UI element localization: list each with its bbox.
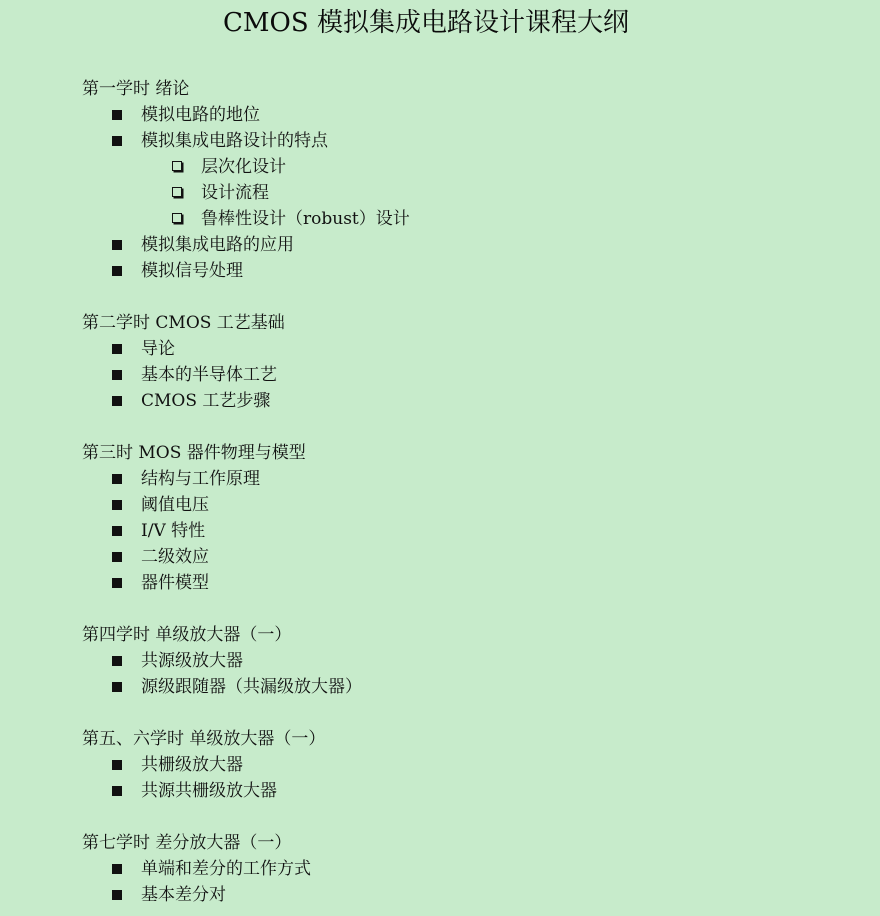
- list-item: 源级跟随器（共漏级放大器）: [82, 674, 862, 700]
- section-heading: 第五、六学时 单级放大器（一）: [82, 726, 862, 752]
- list-item-text: 基本的半导体工艺: [141, 365, 277, 385]
- list-item: 基本差分对: [82, 882, 862, 908]
- list-item-text: 结构与工作原理: [141, 469, 260, 489]
- list-item: 共源级放大器: [82, 648, 862, 674]
- list-item: 单端和差分的工作方式: [82, 856, 862, 882]
- section-heading: 第三时 MOS 器件物理与模型: [82, 440, 862, 466]
- list-item-text: 模拟集成电路设计的特点: [141, 131, 328, 151]
- sub-list-item-text: 层次化设计: [201, 157, 286, 177]
- list-item: 阈值电压: [82, 492, 862, 518]
- list-item-text: 源级跟随器（共漏级放大器）: [141, 677, 362, 697]
- list-item: 共栅级放大器: [82, 752, 862, 778]
- list-item: 基本的半导体工艺: [82, 362, 862, 388]
- section-spacer: [82, 596, 862, 622]
- list-item-text: CMOS 工艺步骤: [141, 391, 270, 411]
- sub-list-item: 设计流程: [82, 180, 862, 206]
- list-item-text: 单端和差分的工作方式: [141, 859, 311, 879]
- list-item-text: I/V 特性: [141, 521, 205, 541]
- sub-list-item: 层次化设计: [82, 154, 862, 180]
- hollow-square-bullet-icon: [172, 161, 182, 171]
- filled-square-bullet-icon: [112, 864, 122, 874]
- filled-square-bullet-icon: [112, 136, 122, 146]
- sub-list-item: 鲁棒性设计（robust）设计: [82, 206, 862, 232]
- list-item-text: 导论: [141, 339, 175, 359]
- section-spacer: [82, 414, 862, 440]
- filled-square-bullet-icon: [112, 266, 122, 276]
- filled-square-bullet-icon: [112, 786, 122, 796]
- list-item: 导论: [82, 336, 862, 362]
- section-heading: 第二学时 CMOS 工艺基础: [82, 310, 862, 336]
- filled-square-bullet-icon: [112, 552, 122, 562]
- filled-square-bullet-icon: [112, 578, 122, 588]
- list-item-text: 模拟集成电路的应用: [141, 235, 294, 255]
- sub-list-item-text: 设计流程: [201, 183, 269, 203]
- filled-square-bullet-icon: [112, 760, 122, 770]
- list-item-text: 共栅级放大器: [141, 755, 243, 775]
- filled-square-bullet-icon: [112, 240, 122, 250]
- filled-square-bullet-icon: [112, 890, 122, 900]
- section-spacer: [82, 700, 862, 726]
- hollow-square-bullet-icon: [172, 187, 182, 197]
- list-item: 器件模型: [82, 570, 862, 596]
- syllabus-content: 第一学时 绪论 模拟电路的地位 模拟集成电路设计的特点 层次化设计 设计流程 鲁…: [82, 76, 862, 908]
- list-item: 模拟集成电路设计的特点: [82, 128, 862, 154]
- list-item: 模拟电路的地位: [82, 102, 862, 128]
- list-item: 共源共栅级放大器: [82, 778, 862, 804]
- list-item: 结构与工作原理: [82, 466, 862, 492]
- section-heading: 第一学时 绪论: [82, 76, 862, 102]
- filled-square-bullet-icon: [112, 110, 122, 120]
- list-item-text: 模拟信号处理: [141, 261, 243, 281]
- section-spacer: [82, 284, 862, 310]
- hollow-square-bullet-icon: [172, 213, 182, 223]
- list-item-text: 阈值电压: [141, 495, 209, 515]
- section-heading: 第七学时 差分放大器（一）: [82, 830, 862, 856]
- filled-square-bullet-icon: [112, 474, 122, 484]
- sub-list-item-text: 鲁棒性设计（robust）设计: [201, 209, 410, 229]
- list-item-text: 模拟电路的地位: [141, 105, 260, 125]
- list-item-text: 二级效应: [141, 547, 209, 567]
- document-title: CMOS 模拟集成电路设计课程大纲: [0, 6, 852, 40]
- list-item-text: 共源级放大器: [141, 651, 243, 671]
- filled-square-bullet-icon: [112, 682, 122, 692]
- filled-square-bullet-icon: [112, 500, 122, 510]
- list-item-text: 共源共栅级放大器: [141, 781, 277, 801]
- list-item: I/V 特性: [82, 518, 862, 544]
- list-item-text: 基本差分对: [141, 885, 226, 905]
- section-heading: 第四学时 单级放大器（一）: [82, 622, 862, 648]
- list-item: 模拟集成电路的应用: [82, 232, 862, 258]
- list-item-text: 器件模型: [141, 573, 209, 593]
- list-item: 模拟信号处理: [82, 258, 862, 284]
- section-spacer: [82, 804, 862, 830]
- filled-square-bullet-icon: [112, 344, 122, 354]
- filled-square-bullet-icon: [112, 656, 122, 666]
- filled-square-bullet-icon: [112, 370, 122, 380]
- list-item: 二级效应: [82, 544, 862, 570]
- filled-square-bullet-icon: [112, 396, 122, 406]
- list-item: CMOS 工艺步骤: [82, 388, 862, 414]
- filled-square-bullet-icon: [112, 526, 122, 536]
